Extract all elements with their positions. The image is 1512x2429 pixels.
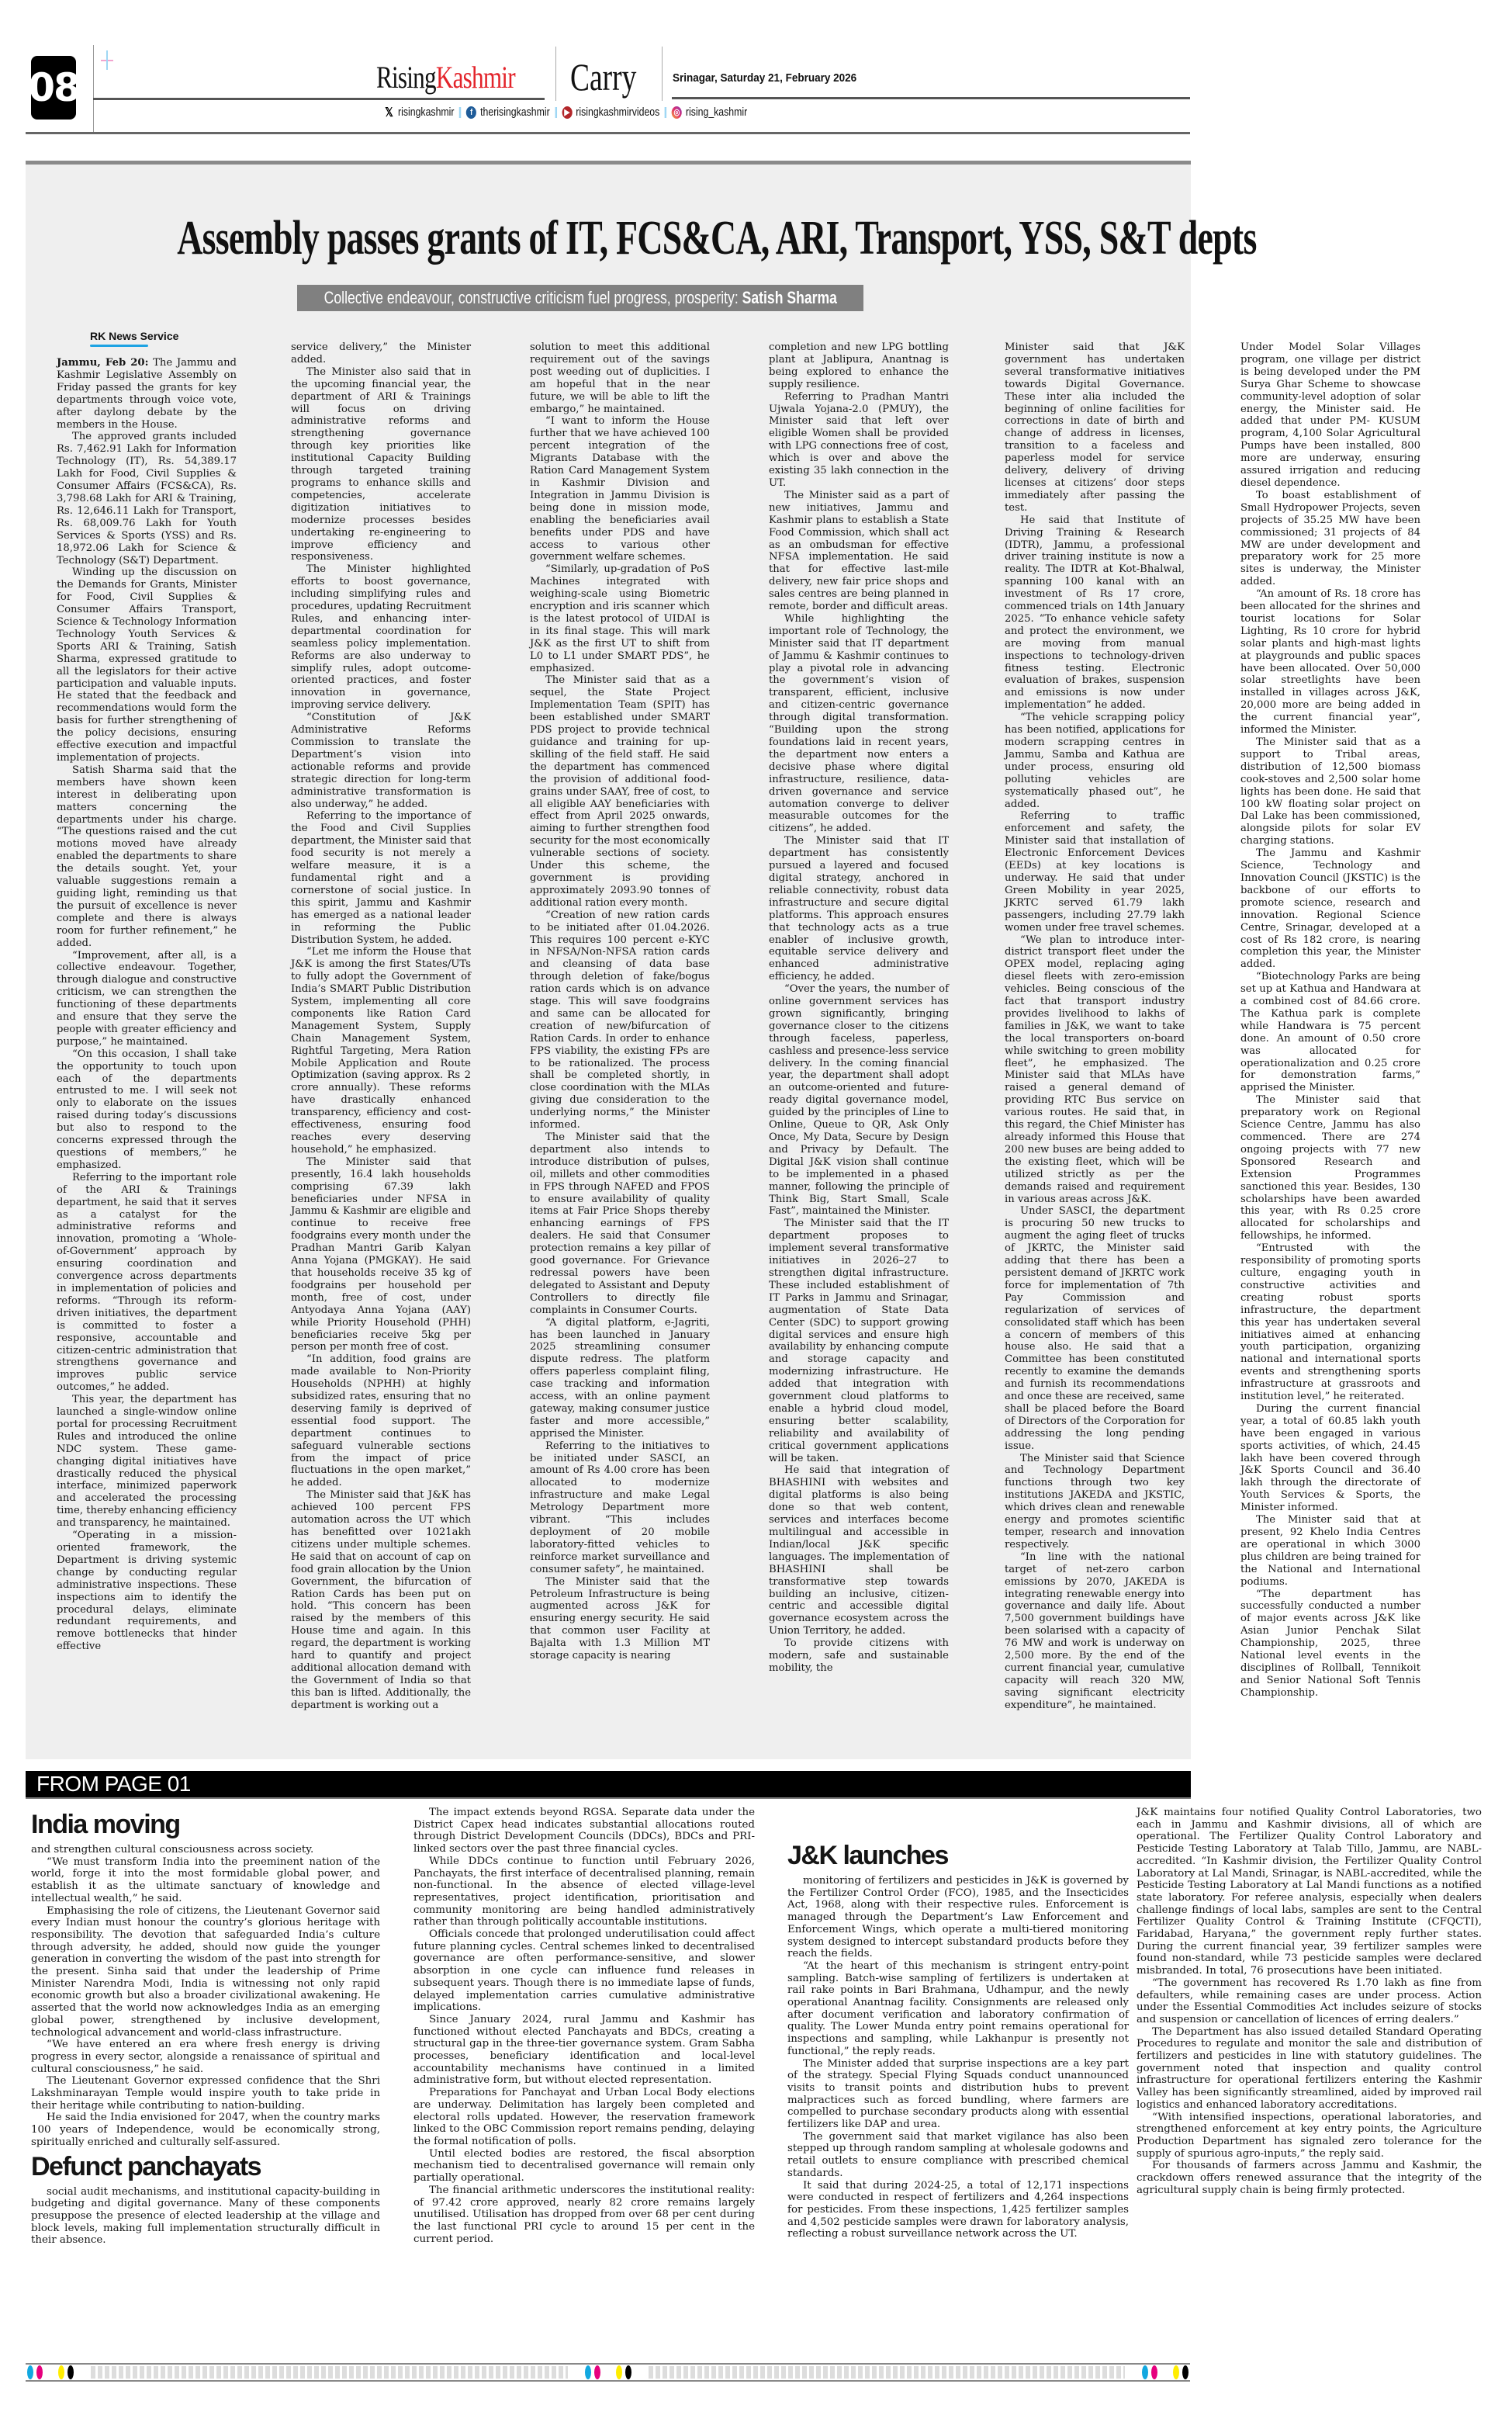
paragraph: The Lieutenant Governor expressed confid… [31,2075,380,2112]
paragraph: monitoring of fertilizers and pesticides… [787,1875,1129,1960]
paragraph: “In line with the national target of net… [1005,1551,1185,1712]
separator [665,107,666,118]
page-number-badge: 08 [31,56,76,120]
magenta-swatch-icon [594,2365,600,2379]
brand-logo: RisingKashmir [376,59,515,95]
paragraph: Minister said that J&K government has un… [1005,341,1185,515]
story-defunct-panchayats-cont: The impact extends beyond RGSA. Separate… [413,1807,755,2245]
black-swatch-icon [67,2365,74,2379]
story-column-5: Minister said that J&K government has un… [1005,341,1185,1712]
paragraph: “An amount of Rs. 18 crore has been allo… [1240,588,1420,736]
black-swatch-icon [625,2365,631,2379]
paragraph: “We plan to introduce inter-district tra… [1005,934,1185,1206]
instagram-icon: ◎ [672,106,682,119]
social-handle-instagram[interactable]: rising_kashmir [686,106,747,119]
paragraph: The Jammu and Kashmir Science, Technolog… [1240,847,1420,971]
brand-word-rising: Rising [376,60,436,95]
facebook-icon: f [466,106,476,119]
paragraph: The Minister said that IT department has… [769,835,949,983]
paragraph: It said that during 2024-25, a total of … [787,2180,1129,2241]
paragraph: During the current financial year, a tot… [1240,1403,1420,1514]
youtube-icon: ▶ [562,106,572,119]
paragraph: The financial arithmetic underscores the… [413,2185,755,2246]
separator [459,107,461,118]
paragraph: “Constitution of J&K Administrative Refo… [291,712,471,810]
paragraph: The Minister added that surprise inspect… [787,2058,1129,2131]
paragraph: completion and new LPG bottling plant at… [769,341,949,391]
paragraph: To provide citizens with modern, safe an… [769,1637,949,1675]
paragraph: While DDCs continue to function until Fe… [413,1856,755,1928]
paragraph: The Minister also said that in the upcom… [291,366,471,564]
paragraph: The Minister said that preparatory work … [1240,1094,1420,1242]
paragraph: The Minister said that the Petroleum Inf… [530,1576,710,1662]
masthead-separator [555,47,556,101]
from-page-bar: FROM PAGE 01 [26,1771,1191,1797]
masthead-separator [662,47,663,101]
paragraph: The Minister said that Science and Techn… [1005,1453,1185,1551]
paragraph: “The department has successfully conduct… [1240,1589,1420,1700]
paragraph: The impact extends beyond RGSA. Separate… [413,1807,755,1856]
paragraph: For thousands of farmers across Jammu an… [1137,2160,1482,2196]
paragraph: Officials concede that prolonged underut… [413,1928,755,2014]
paragraph: The Department has also issued detailed … [1137,2026,1482,2112]
paragraph: “Over the years, the number of online go… [769,983,949,1218]
paragraph: The Minister said that the department al… [530,1131,710,1317]
cyan-swatch-icon [1142,2365,1148,2379]
story-column-6: Under Model Solar Villages program, one … [1240,341,1420,1700]
from-page-rule [26,1797,1191,1799]
issue-dateline: Srinagar, Saturday 21, February 2026 [673,71,856,85]
paragraph: “A digital platform, e-Jagriti, has been… [530,1317,710,1440]
paragraph: and strengthen cultural consciousness ac… [31,1844,380,1856]
main-headline: Assembly passes grants of IT, FCS&CA, AR… [177,211,1039,266]
subhead-name: Satish Sharma [742,288,836,307]
paragraph: service delivery,” the Minister added. [291,341,471,366]
x-icon: 𝕏 [384,106,394,119]
magenta-swatch-icon [1151,2365,1157,2379]
paragraph: Under SASCI, the department is procuring… [1005,1205,1185,1452]
paragraph: Under Model Solar Villages program, one … [1240,341,1420,490]
social-handles: 𝕏 risingkashmir f therisingkashmir ▶ ris… [384,106,747,119]
magenta-swatch-icon [36,2365,43,2379]
paragraph: social audit mechanisms, and institution… [31,2186,380,2247]
paragraph: He said that Institute of Driving Traini… [1005,515,1185,712]
cyan-swatch-icon [27,2365,33,2379]
paragraph: Referring to the initiatives to be initi… [530,1440,710,1576]
paragraph: The Minister said that the IT department… [769,1218,949,1464]
paragraph: The Minister said that J&K has achieved … [291,1489,471,1711]
paragraph: “I want to inform the House further that… [530,415,710,563]
paragraph: “In addition, food grains are made avail… [291,1353,471,1489]
dateline-underline [672,97,1190,99]
paragraph: Referring to the importance of the Food … [291,810,471,946]
paragraph: “Similarly, up-gradation of PoS Machines… [530,563,710,674]
paragraph: “Let me inform the House that J&K is amo… [291,946,471,1156]
paragraph: Referring to Pradhan Mantri Ujwala Yojan… [769,391,949,490]
story-headline: J&K launches [787,1841,1129,1870]
paragraph: The Minister highlighted efforts to boos… [291,563,471,712]
paragraph: The Minister said that at present, 92 Kh… [1240,1514,1420,1588]
separator [555,107,556,118]
paragraph: The Minister said that as a sequel, the … [530,674,710,909]
paragraph: While highlighting the important role of… [769,613,949,835]
paragraph: Winding up the discussion on the Demands… [57,567,237,764]
paragraph: To boast establishment of Small Hydropow… [1240,490,1420,588]
masthead-bottom-rule [26,132,1190,134]
grey-scale-strip [649,2366,1126,2379]
social-handle-x[interactable]: risingkashmir [398,106,454,119]
masthead-divider [93,45,94,134]
paragraph: The Minister said that as a support to T… [1240,736,1420,847]
brand-underline [93,98,545,100]
byline: RK News Service [90,330,178,342]
paragraph: “We must transform India into the preemi… [31,1856,380,1905]
paragraph: The Minister said that presently, 16.4 l… [291,1156,471,1354]
grey-scale-strip [91,2366,568,2379]
paragraph: “With intensified inspections, operation… [1137,2112,1482,2160]
paragraph: “Biotechnology Parks are being set up at… [1240,971,1420,1094]
story-headline: India moving [31,1810,380,1839]
paragraph: “On this occasion, I shall take the oppo… [57,1048,237,1172]
black-swatch-icon [1182,2365,1188,2379]
paragraph: “Creation of new ration cards to be init… [530,910,710,1131]
story-jk-launches: J&K launches monitoring of fertilizers a… [787,1807,1129,2240]
paragraph: Satish Sharma said that the members have… [57,764,237,950]
paragraph: Since January 2024, rural Jammu and Kash… [413,2014,755,2087]
paragraph: The Minister said as a part of new initi… [769,490,949,613]
yellow-swatch-icon [616,2365,622,2379]
social-handle-facebook[interactable]: therisingkashmir [480,106,550,119]
story-column-3: solution to meet this additional require… [530,341,710,1662]
paragraph: Referring to the important role of the A… [57,1172,237,1394]
paragraph: The approved grants included Rs. 7,462.9… [57,431,237,567]
yellow-swatch-icon [1173,2365,1179,2379]
paragraph: Preparations for Panchayat and Urban Loc… [413,2087,755,2148]
story-column-4: completion and new LPG bottling plant at… [769,341,949,1675]
paragraph: Emphasising the role of citizens, the Li… [31,1905,380,2039]
paragraph: The government said that market vigilanc… [787,2131,1129,2180]
paragraph: “Operating in a mission-oriented framewo… [57,1530,237,1653]
paragraph: “Improvement, after all, is a collective… [57,950,237,1048]
story-column-1: Jammu, Feb 20: The Jammu and Kashmir Leg… [57,357,237,1653]
paragraph: “We have entered an era where fresh ener… [31,2039,380,2075]
paragraph: Jammu, Feb 20: The Jammu and Kashmir Leg… [57,357,237,431]
social-handle-youtube[interactable]: risingkashmirvideos [576,106,659,119]
paragraph: “Entrusted with the responsibility of pr… [1240,1242,1420,1403]
cyan-swatch-icon [585,2365,591,2379]
byline-underline [90,345,148,347]
paragraph: This year, the department has launched a… [57,1394,237,1530]
paragraph: J&K maintains four notified Quality Cont… [1137,1807,1482,1977]
print-color-bar [26,2363,1190,2382]
story-column-2: service delivery,” the Minister added. T… [291,295,471,1712]
brand-word-kashmir: Kashmir [436,60,515,95]
registration-mark-icon [101,50,113,70]
paragraph: solution to meet this additional require… [530,341,710,415]
paragraph: Until elected bodies are restored, the f… [413,2148,755,2185]
yellow-swatch-icon [58,2365,64,2379]
main-story: Assembly passes grants of IT, FCS&CA, AR… [26,161,1191,1759]
paragraph: “At the heart of this mechanism is strin… [787,1960,1129,2058]
story-india-moving: India moving and strengthen cultural con… [31,1807,380,2247]
paragraph: “The government has recovered Rs 1.70 la… [1137,1977,1482,2026]
story-jk-launches-cont: J&K maintains four notified Quality Cont… [1137,1807,1482,2197]
section-name: Carry [570,54,636,99]
paragraph: He said that integration of BHASHINI wit… [769,1464,949,1637]
dateline: Jammu, Feb 20: [57,357,148,369]
paragraph: He said the India envisioned for 2047, w… [31,2112,380,2148]
paragraph: Referring to traffic enforcement and saf… [1005,810,1185,934]
paragraph: “The vehicle scrapping policy has been n… [1005,712,1185,810]
story-headline: Defunct panchayats [31,2152,380,2181]
